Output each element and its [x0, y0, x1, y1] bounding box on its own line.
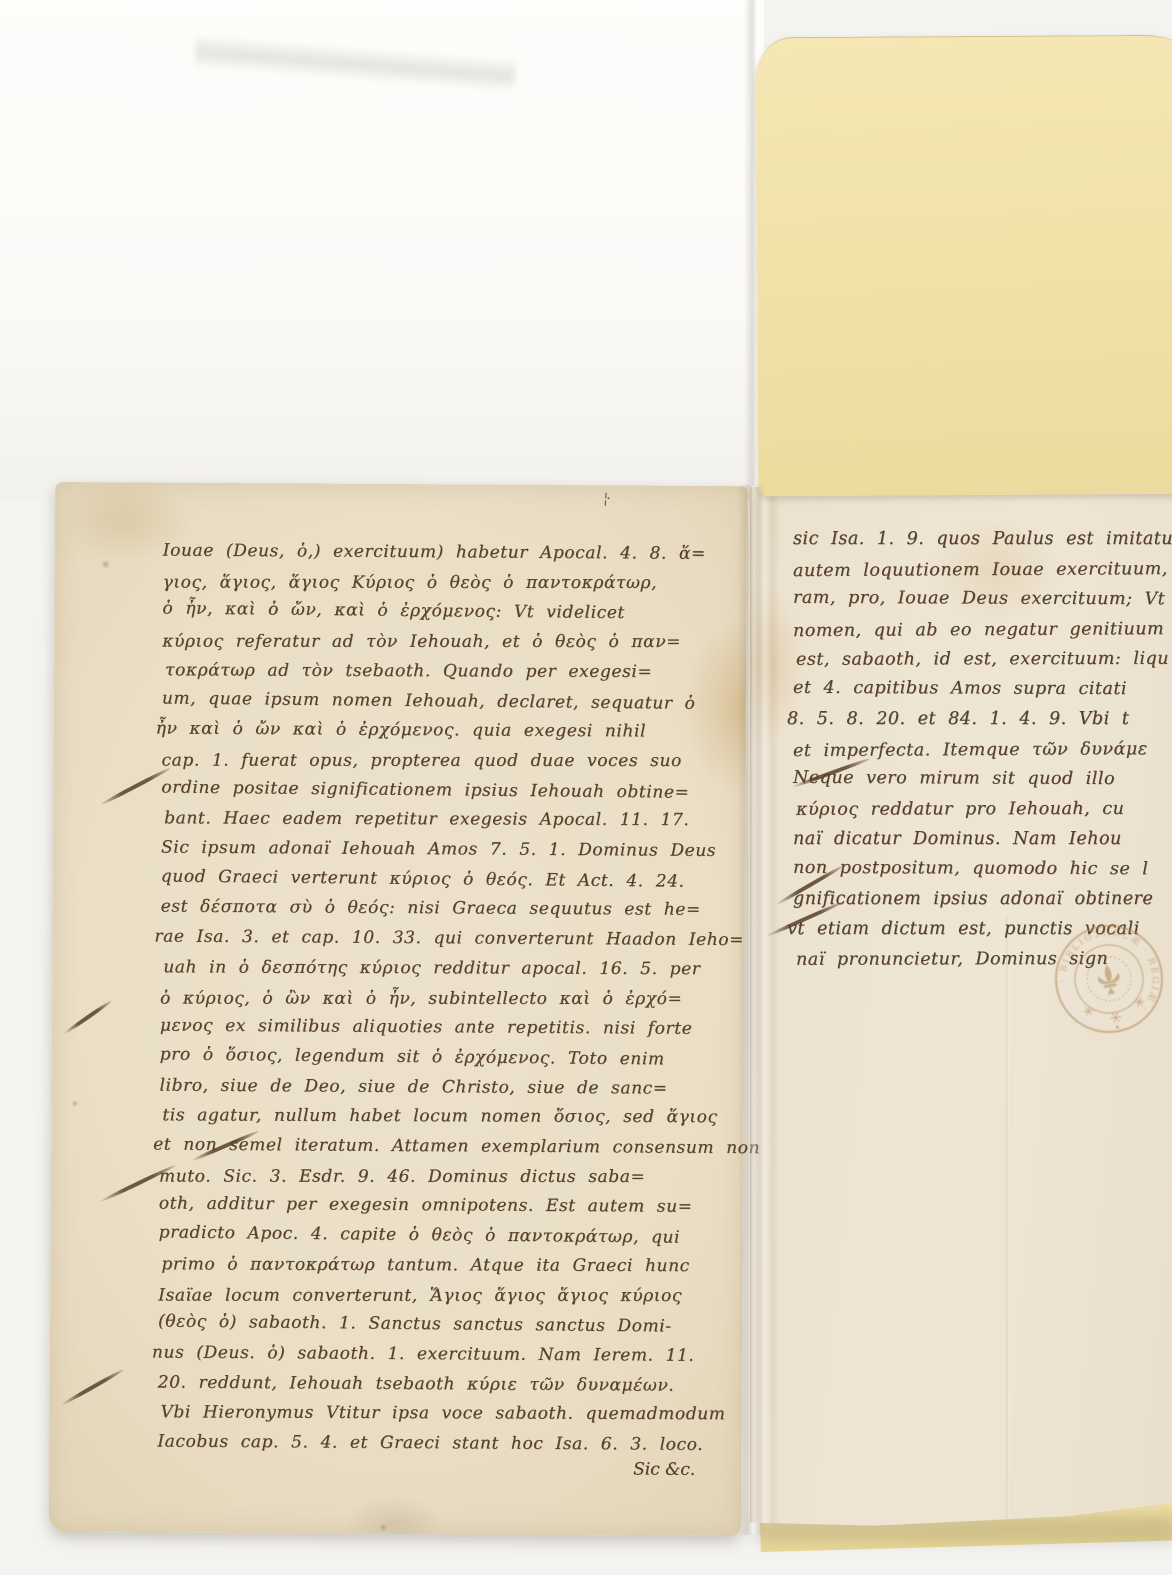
manuscript-line: Vbi Hieronymus Vtitur ipsa voce sabaoth.…	[160, 1399, 730, 1431]
manuscript-line: est δέσποτα σὺ ὁ θεός: nisi Graeca sequu…	[161, 893, 731, 926]
manuscript-line: uah in ὁ δεσπότης κύριος redditur apocal…	[163, 953, 733, 985]
paper-crease	[1006, 917, 1009, 1533]
manuscript-line: Iacobus cap. 5. 4. et Graeci stant hoc I…	[157, 1428, 727, 1461]
library-stamp: · BIBLIOTHECÆ · REGIÆ ·	[1028, 898, 1172, 1060]
right-manuscript-page: sic Isa. 1. 9. quos Paulus est imitatus …	[750, 487, 1172, 1533]
manuscript-line: ram, pro, Iouae Deus exercituum; Vt	[793, 583, 1172, 615]
manuscript-line: et imperfecta. Itemque τῶν δυνάμε	[793, 733, 1172, 766]
page-gutter-fold	[738, 485, 766, 1535]
manuscript-line: nus (Deus. ὁ) sabaoth. 1. exercituum. Na…	[152, 1338, 722, 1371]
manuscript-line: μενος ex similibus aliquoties ante repet…	[160, 1012, 730, 1045]
manuscript-line: non postpositum, quomodo hic se l	[793, 853, 1172, 885]
manuscript-line: γιος, ἅγιος, ἅγιος Κύριος ὁ θεὸς ὁ παντο…	[163, 568, 733, 598]
manuscript-line: nomen, qui ab eo negatur genitiuum	[793, 613, 1172, 646]
manuscript-line: pro ὁ ὅσιος, legendum sit ὁ ἐρχόμενος. T…	[160, 1040, 730, 1075]
yellow-interleaf-sheet	[756, 35, 1172, 497]
manuscript-line: um, quae ipsum nomen Iehouah, declaret, …	[162, 684, 732, 719]
fleur-de-lis-emblem	[1096, 963, 1122, 995]
manuscript-line: rae Isa. 3. et cap. 10. 33. qui converte…	[154, 923, 724, 956]
manuscript-line: κύριος reddatur pro Iehouah, cu	[796, 793, 1172, 825]
manuscript-line: naï dicatur Dominus. Nam Iehou	[793, 824, 1172, 854]
manuscript-line: libro, siue de Deo, siue de Christo, siu…	[159, 1071, 729, 1104]
fox-spot	[71, 1100, 78, 1107]
manuscript-line: bant. Haec eadem repetitur exegesis Apoc…	[164, 805, 734, 837]
manuscript-line: et non semel iteratum. Attamen exemplari…	[153, 1131, 723, 1164]
manuscript-line: muto. Sic. 3. Esdr. 9. 46. Dominus dictu…	[159, 1162, 729, 1192]
signature-line: Sic &c.	[633, 1459, 695, 1479]
manuscript-line: primo ὁ παντοκράτωρ tantum. Atque ita Gr…	[161, 1250, 731, 1282]
manuscript-line: est, sabaoth, id est, exercituum: liqu	[796, 643, 1172, 675]
left-page-text: Iouae (Deus, ὁ,) exercituum) habetur Apo…	[157, 537, 733, 1461]
fox-spot	[379, 1524, 388, 1531]
pen-flourish	[64, 999, 112, 1034]
manuscript-photo: sic Isa. 1. 9. quos Paulus est imitatus …	[0, 0, 1172, 1575]
pen-flourish	[100, 766, 171, 805]
left-manuscript-page: ¦· Iouae (Deus, ὁ,) exercituum) habetur …	[49, 482, 747, 1536]
manuscript-line: oth, additur per exegesin omnipotens. Es…	[159, 1190, 729, 1223]
manuscript-line: ὁ ἦν, καὶ ὁ ὤν, καὶ ὁ ἐρχόμενος: Vt vide…	[162, 595, 732, 630]
pen-flourish	[61, 1368, 124, 1406]
manuscript-line: sic Isa. 1. 9. quos Paulus est imitatus …	[793, 524, 1172, 554]
manuscript-line: ὁ κύριος, ὁ ὢν καὶ ὁ ἦν, subintellecto κ…	[160, 984, 730, 1014]
fox-spot	[101, 560, 111, 568]
manuscript-line: cap. 1. fuerat opus, propterea quod duae…	[162, 746, 732, 776]
manuscript-line: Isaïae locum converterunt, Ἅγιος ἅγιος ἅ…	[158, 1281, 728, 1311]
ink-mark: ¦·	[603, 489, 610, 507]
manuscript-line: Sic ipsum adonaï Iehouah Amos 7. 5. 1. D…	[161, 834, 731, 867]
manuscript-line: tis agatur, nullum habet locum nomen ὅσι…	[162, 1102, 732, 1134]
manuscript-line: (θεὸς ὁ) sabaoth. 1. Sanctus sanctus san…	[158, 1308, 728, 1343]
manuscript-line: κύριος referatur ad τὸν Iehouah, et ὁ θε…	[162, 628, 732, 658]
manuscript-line: pradicto Apoc. 4. capite ὁ θεὸς ὁ παντοκ…	[158, 1219, 728, 1254]
manuscript-line: ἦν καὶ ὁ ὤν καὶ ὁ ἐρχόμενος. quia exeges…	[156, 715, 726, 748]
manuscript-line: 20. reddunt, Iehouah tsebaoth κύριε τῶν …	[158, 1368, 728, 1401]
manuscript-line: τοκράτωρ ad τὸν tsebaoth. Quando per exe…	[165, 656, 735, 688]
manuscript-line: autem loquutionem Iouae exercituum, rom	[793, 553, 1172, 586]
manuscript-line: ordine positae significationem ipsius Ie…	[161, 773, 731, 808]
manuscript-line: et 4. capitibus Amos supra citati	[793, 673, 1172, 705]
manuscript-line: 8. 5. 8. 20. et 84. 1. 4. 9. Vbi t	[787, 704, 1172, 734]
manuscript-line: quod Graeci verterunt κύριος ὁ θεός. Et …	[161, 862, 731, 897]
manuscript-line: Iouae (Deus, ὁ,) exercituum) habetur Apo…	[163, 537, 733, 570]
